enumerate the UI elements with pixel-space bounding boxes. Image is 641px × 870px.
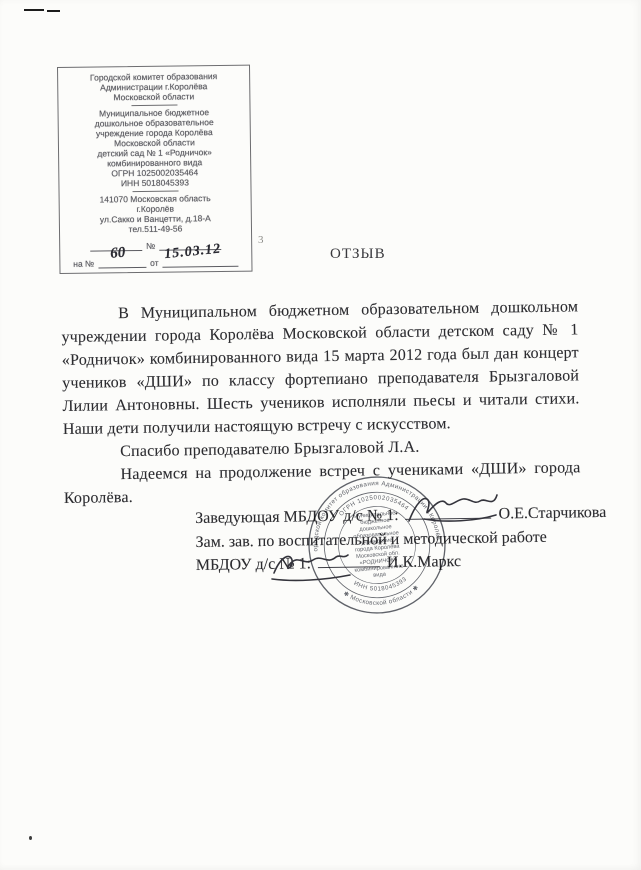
scan-artifact-mark: 3 xyxy=(258,234,264,246)
seal-center-line: вида xyxy=(373,572,387,579)
scan-artifact-dash xyxy=(24,9,44,11)
document-title: ОТЗЫВ xyxy=(330,246,386,263)
corner-registration-stamp: Городской комитет образования Администра… xyxy=(57,65,253,274)
handwritten-signature-deputy xyxy=(270,547,362,585)
handwritten-incoming-number: 60 xyxy=(110,248,126,259)
scan-artifact-dot xyxy=(29,836,32,840)
incoming-date-line: 15.03.12 xyxy=(162,255,238,268)
director-name: О.Е.Старчикова xyxy=(498,504,606,523)
stamp-line-phone: тел.511-49-56 xyxy=(62,223,249,235)
body-paragraph: В Муниципальном бюджетном образовательно… xyxy=(61,295,580,441)
scan-artifact-dash xyxy=(47,10,60,12)
handwritten-signature-director xyxy=(406,491,502,529)
stamp-incoming-number-row: на № 60 от 15.03.12 xyxy=(62,255,249,269)
number-sign-label: № xyxy=(146,241,155,251)
scanned-document-page: 3 Городской комитет образования Админист… xyxy=(0,0,641,870)
handwritten-incoming-date: 15.03.12 xyxy=(164,245,222,261)
stamp-divider xyxy=(131,104,177,106)
stamp-divider xyxy=(132,190,178,192)
incoming-number-line: 60 xyxy=(98,256,146,269)
stamp-line: Московской области xyxy=(60,91,247,103)
stamp-line-inn: ИНН 5018045393 xyxy=(61,177,248,189)
na-number-label: на № xyxy=(73,259,94,269)
ot-date-label: от xyxy=(150,258,159,268)
